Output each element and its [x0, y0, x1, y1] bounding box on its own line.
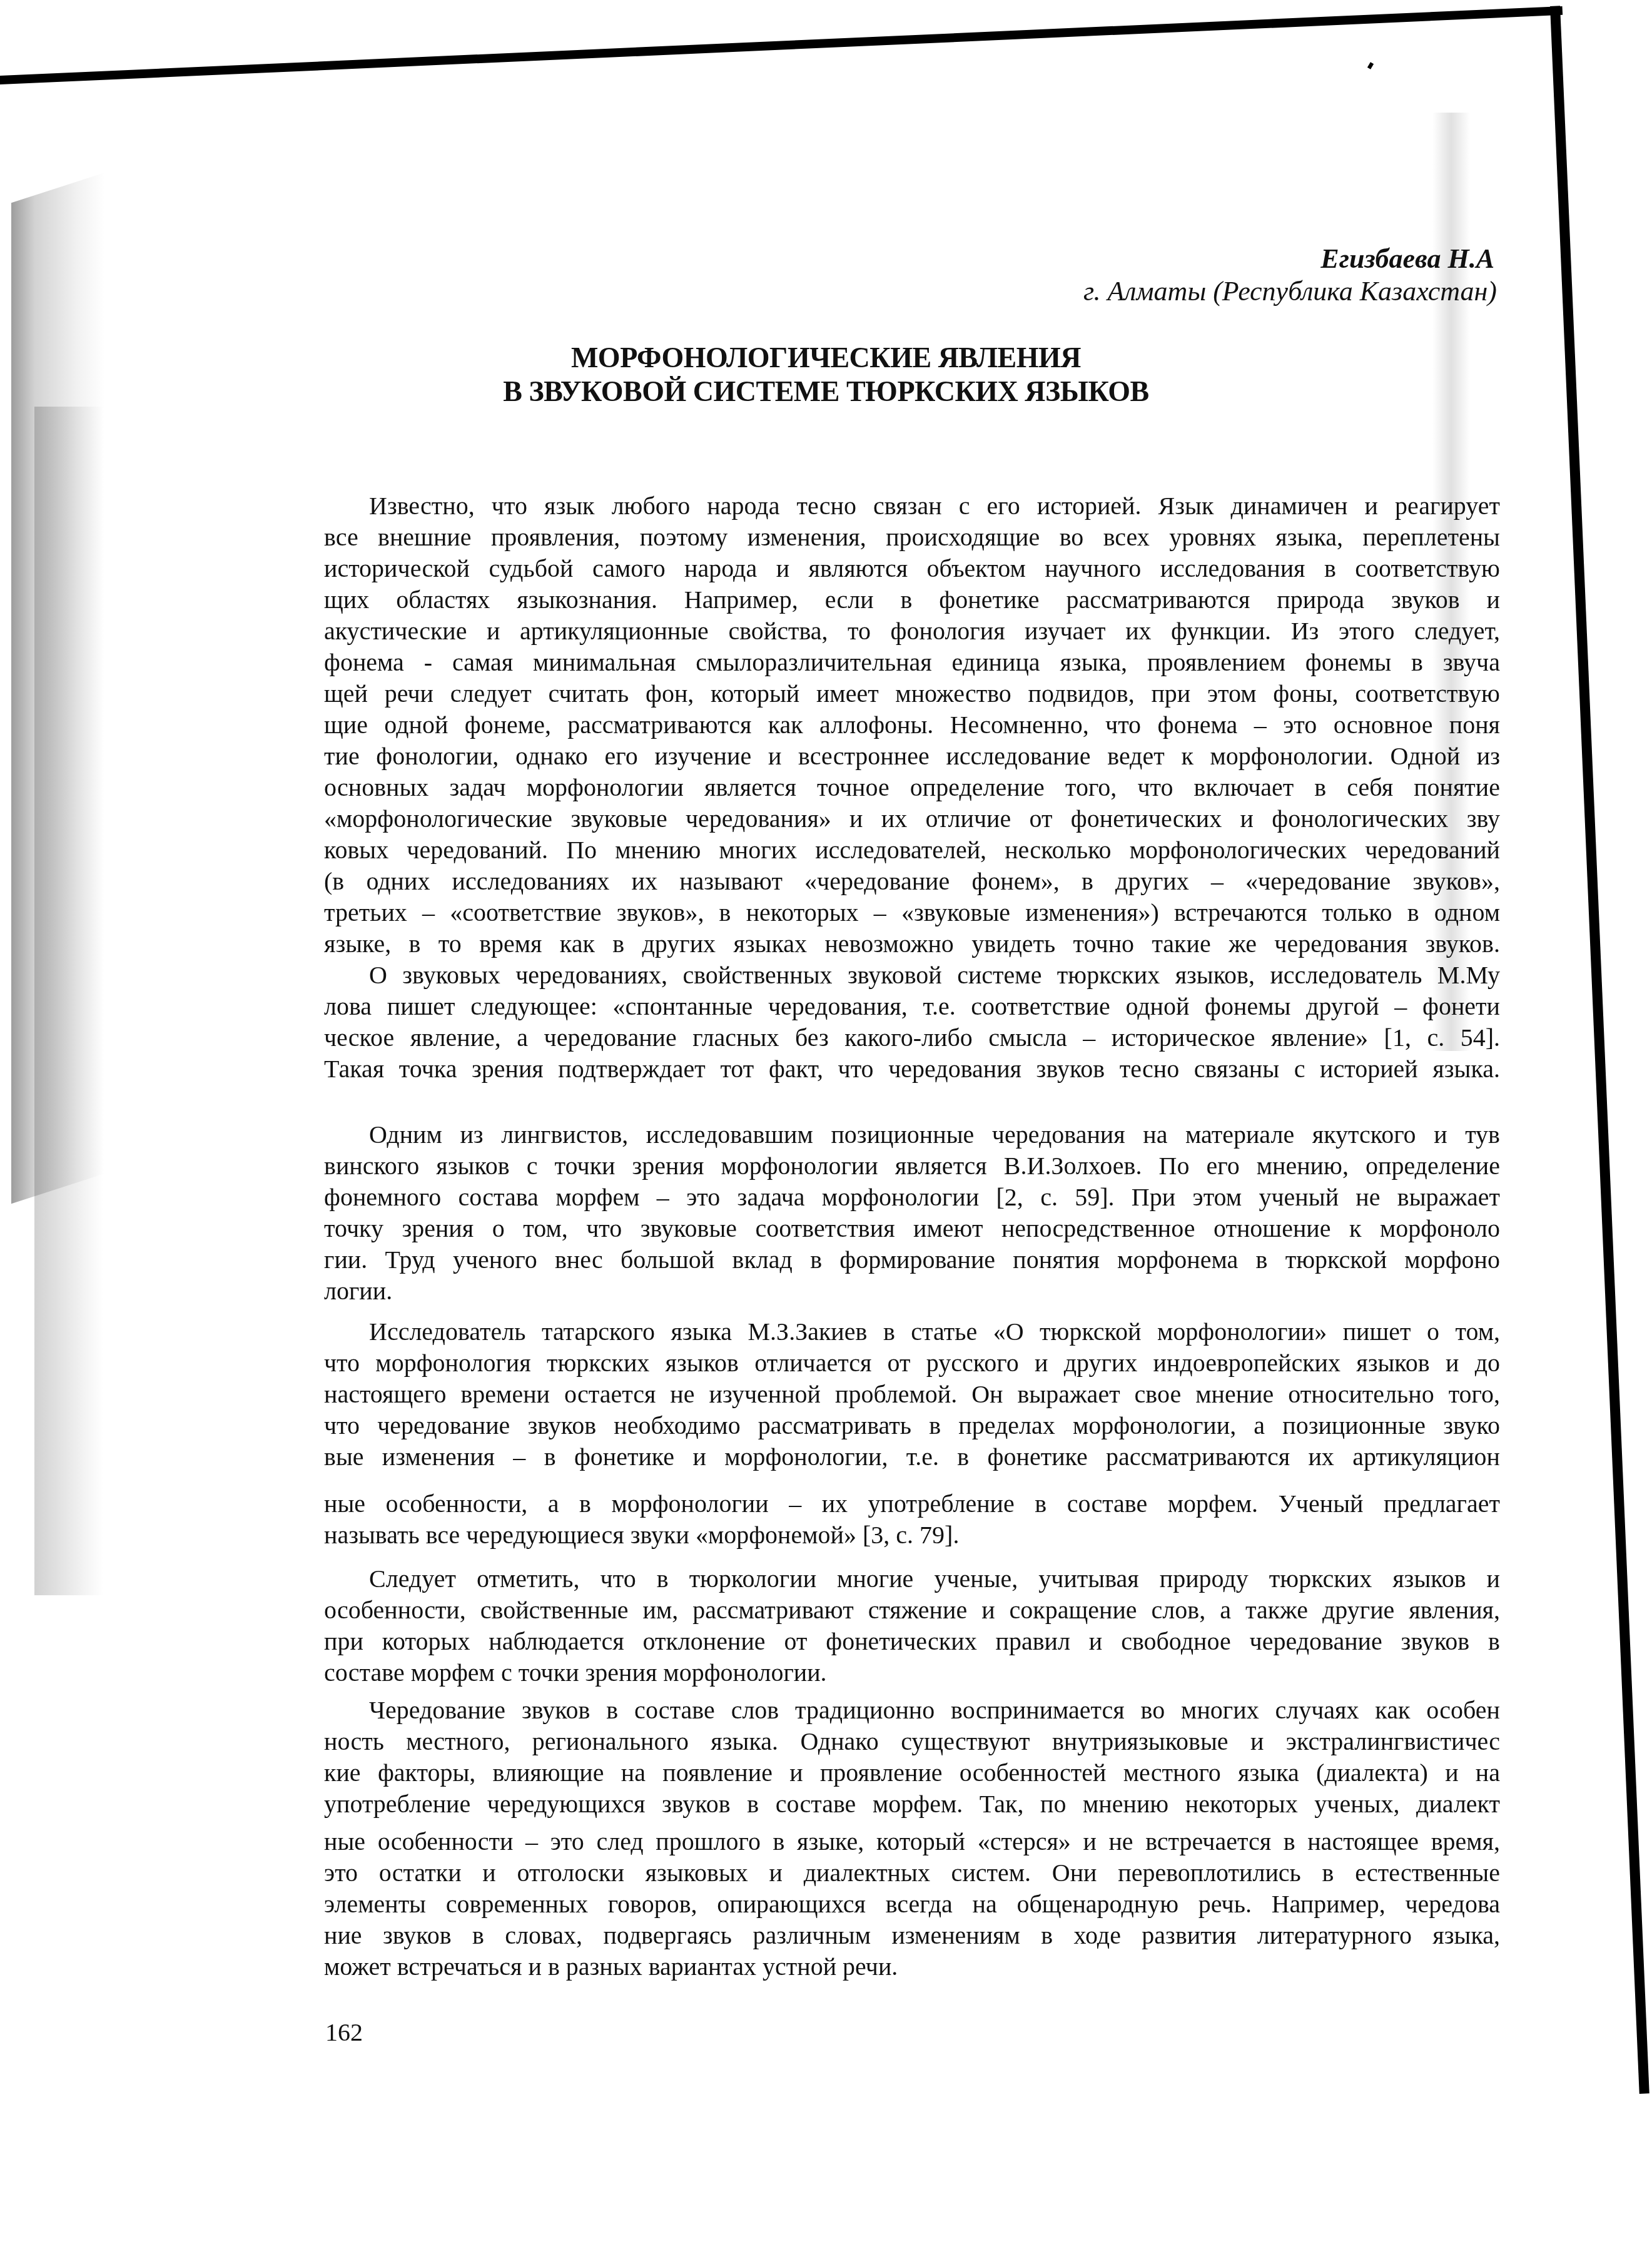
author-name: Егизбаева Н.А [1320, 243, 1494, 275]
text-line: вые изменения – в фонетике и морфонологи… [324, 1442, 1500, 1472]
text-line: употребление чередующихся звуков в соста… [324, 1789, 1500, 1819]
text-line: щей речи следует считать фон, который им… [324, 679, 1500, 709]
text-line: элементы современных говоров, опирающихс… [324, 1889, 1500, 1919]
text-line: Чередование звуков в составе слов традиц… [369, 1695, 1500, 1725]
text-line: кие факторы, влияющие на появление и про… [324, 1758, 1500, 1788]
text-line: языке, в то время как в других языках не… [324, 929, 1500, 959]
text-line: винского языков с точки зрения морфоноло… [324, 1151, 1500, 1181]
text-line: щие одной фонеме, рассматриваются как ал… [324, 710, 1500, 740]
text-line: «морфонологические звуковые чередования»… [324, 804, 1500, 834]
text-line: лова пишет следующее: «спонтанные чередо… [324, 992, 1500, 1022]
text-line: О звуковых чередованиях, свойственных зв… [369, 960, 1500, 990]
text-line: это остатки и отголоски языковых и диале… [324, 1858, 1500, 1888]
scan-border-top [0, 6, 1563, 85]
text-line: ные особенности – это след прошлого в яз… [324, 1827, 1500, 1857]
text-line: точку зрения о том, что звуковые соответ… [324, 1214, 1500, 1244]
text-line: ковых чередований. По мнению многих иссл… [324, 835, 1500, 865]
text-line: (в одних исследованиях их называют «чере… [324, 866, 1500, 896]
text-line: акустические и артикуляционные свойства,… [324, 616, 1500, 646]
text-line: ние звуков в словах, подвергаясь различн… [324, 1921, 1500, 1951]
text-line: фонемного состава морфем – это задача мо… [324, 1182, 1500, 1212]
text-line: ные особенности, а в морфонологии – их у… [324, 1489, 1500, 1519]
title-line-2: В ЗВУКОВОЙ СИСТЕМЕ ТЮРКСКИХ ЯЗЫКОВ [0, 375, 1652, 409]
text-line: Исследователь татарского языка М.З.Закие… [369, 1317, 1500, 1347]
text-line: Одним из лингвистов, исследовавшим позиц… [369, 1120, 1500, 1150]
text-line: фонема - самая минимальная смылоразличит… [324, 647, 1500, 678]
text-line: составе морфем с точки зрения морфонолог… [324, 1658, 1500, 1688]
text-line: исторической судьбой самого народа и явл… [324, 554, 1500, 584]
text-line: основных задач морфонологии является точ… [324, 773, 1500, 803]
text-line: гии. Труд ученого внес большой вклад в ф… [324, 1245, 1500, 1275]
text-line: что морфонология тюркских языков отличае… [324, 1348, 1500, 1378]
text-line: Следует отметить, что в тюркологии многи… [369, 1564, 1500, 1594]
author-affiliation: г. Алматы (Республика Казахстан) [1083, 275, 1497, 307]
text-line: что чередование звуков необходимо рассма… [324, 1411, 1500, 1441]
text-line: ность местного, регионального языка. Одн… [324, 1727, 1500, 1757]
text-line: все внешние проявления, поэтому изменени… [324, 522, 1500, 552]
article-title: МОРФОНОЛОГИЧЕСКИЕ ЯВЛЕНИЯ В ЗВУКОВОЙ СИС… [0, 341, 1652, 409]
text-line: тие фонологии, однако его изучение и все… [324, 741, 1500, 771]
text-line: настоящего времени остается не изученной… [324, 1379, 1500, 1409]
text-line: Известно, что язык любого народа тесно с… [369, 491, 1500, 521]
text-line: третьих – «соответствие звуков», в некот… [324, 898, 1500, 928]
text-line: может встречаться и в разных вариантах у… [324, 1952, 1500, 1982]
text-line: Такая точка зрения подтверждает тот факт… [324, 1054, 1500, 1084]
text-line: ческое явление, а чередование гласных бе… [324, 1023, 1500, 1053]
scan-border-right [1550, 6, 1649, 2094]
text-line: называть все чередующиеся звуки «морфоне… [324, 1520, 1500, 1550]
text-line: логии. [324, 1276, 1500, 1306]
scan-shadow-left-faint [34, 407, 103, 1595]
page-number: 162 [325, 2018, 363, 2047]
text-line: особенности, свойственные им, рассматрив… [324, 1595, 1500, 1625]
text-line: при которых наблюдается отклонение от фо… [324, 1627, 1500, 1657]
text-line: щих областях языкознания. Например, если… [324, 585, 1500, 615]
scan-speck [1367, 62, 1374, 69]
title-line-1: МОРФОНОЛОГИЧЕСКИЕ ЯВЛЕНИЯ [0, 341, 1652, 375]
